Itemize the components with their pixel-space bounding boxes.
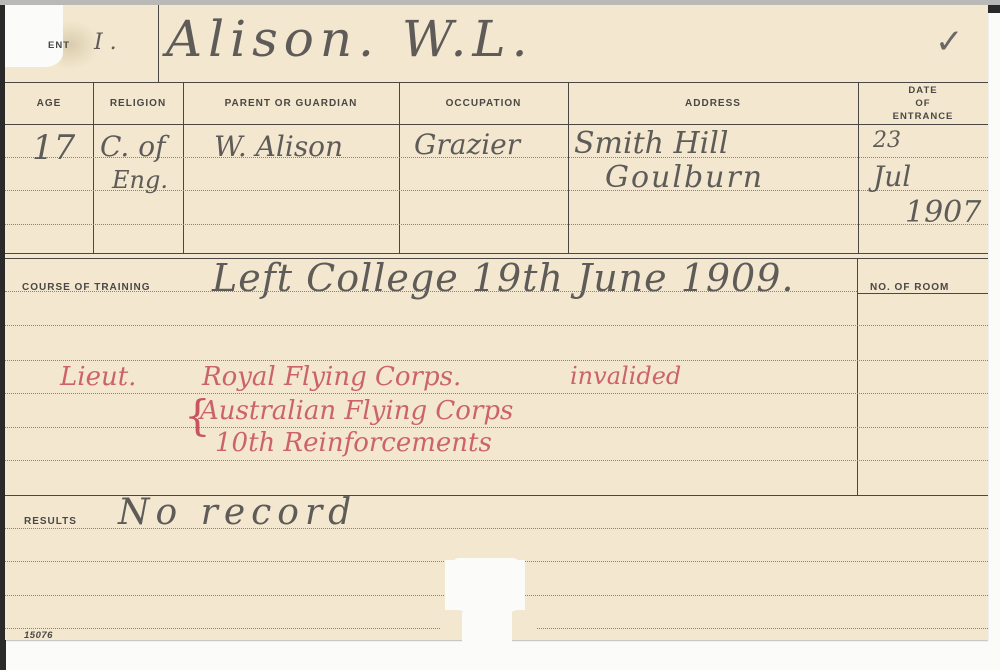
room-label: No. OF ROOM	[870, 282, 949, 293]
note-line-2: Australian Flying Corps	[200, 396, 513, 426]
header-religion: RELIGION	[93, 98, 183, 109]
rule	[857, 293, 988, 294]
header-date-3: ENTRANCE	[858, 111, 988, 122]
dotted-rule	[5, 291, 857, 292]
religion-value-2: Eng.	[112, 166, 168, 194]
header-occupation: OCCUPATION	[399, 98, 568, 109]
dotted-rule	[5, 460, 988, 461]
torn-corner	[5, 5, 63, 67]
results-label: RESULTS	[24, 516, 77, 527]
student-name: Alison. W.L.	[166, 10, 533, 68]
date-day: 23	[873, 128, 901, 153]
check-mark-icon: ✓	[935, 22, 964, 62]
course-value: Left College 19th June 1909.	[212, 256, 795, 300]
notch-slot	[462, 612, 512, 642]
address-value-2: Goulburn	[605, 160, 764, 195]
header-address: ADDRESS	[568, 98, 858, 109]
header-date-2: OF	[858, 98, 988, 109]
notch-shoulder-right	[508, 610, 536, 640]
note-line-3: 10th Reinforcements	[215, 428, 492, 458]
rule	[5, 253, 988, 254]
header-date-1: DATE	[858, 85, 988, 96]
date-month: Jul	[873, 160, 911, 193]
results-value: No record	[118, 492, 357, 533]
dotted-rule	[5, 325, 988, 326]
address-value-1: Smith Hill	[574, 126, 728, 161]
religion-value-1: C. of	[100, 130, 165, 163]
age-value: 17	[32, 128, 75, 168]
occupation-value: Grazier	[414, 128, 520, 161]
date-year: 1907	[905, 195, 981, 230]
scan-right-edge	[988, 5, 1000, 13]
dotted-rule	[5, 393, 988, 394]
rule	[5, 82, 988, 83]
name-mark: I .	[94, 30, 117, 55]
notch-top	[453, 558, 519, 564]
note-rank: Lieut.	[60, 362, 136, 392]
name-label-fragment: ENT	[48, 40, 70, 51]
dotted-rule	[5, 528, 988, 529]
header-age: AGE	[5, 98, 93, 109]
note-line-1: Royal Flying Corps.	[202, 362, 461, 392]
divider	[158, 5, 159, 82]
card-serial-number: 15076	[24, 630, 53, 641]
parent-value: W. Alison	[214, 130, 343, 163]
rule	[5, 124, 988, 125]
dotted-rule	[5, 427, 988, 428]
dotted-rule	[5, 224, 988, 225]
note-status: invalided	[570, 362, 681, 390]
header-parent: PARENT OR GUARDIAN	[183, 98, 399, 109]
dotted-rule	[5, 360, 988, 361]
